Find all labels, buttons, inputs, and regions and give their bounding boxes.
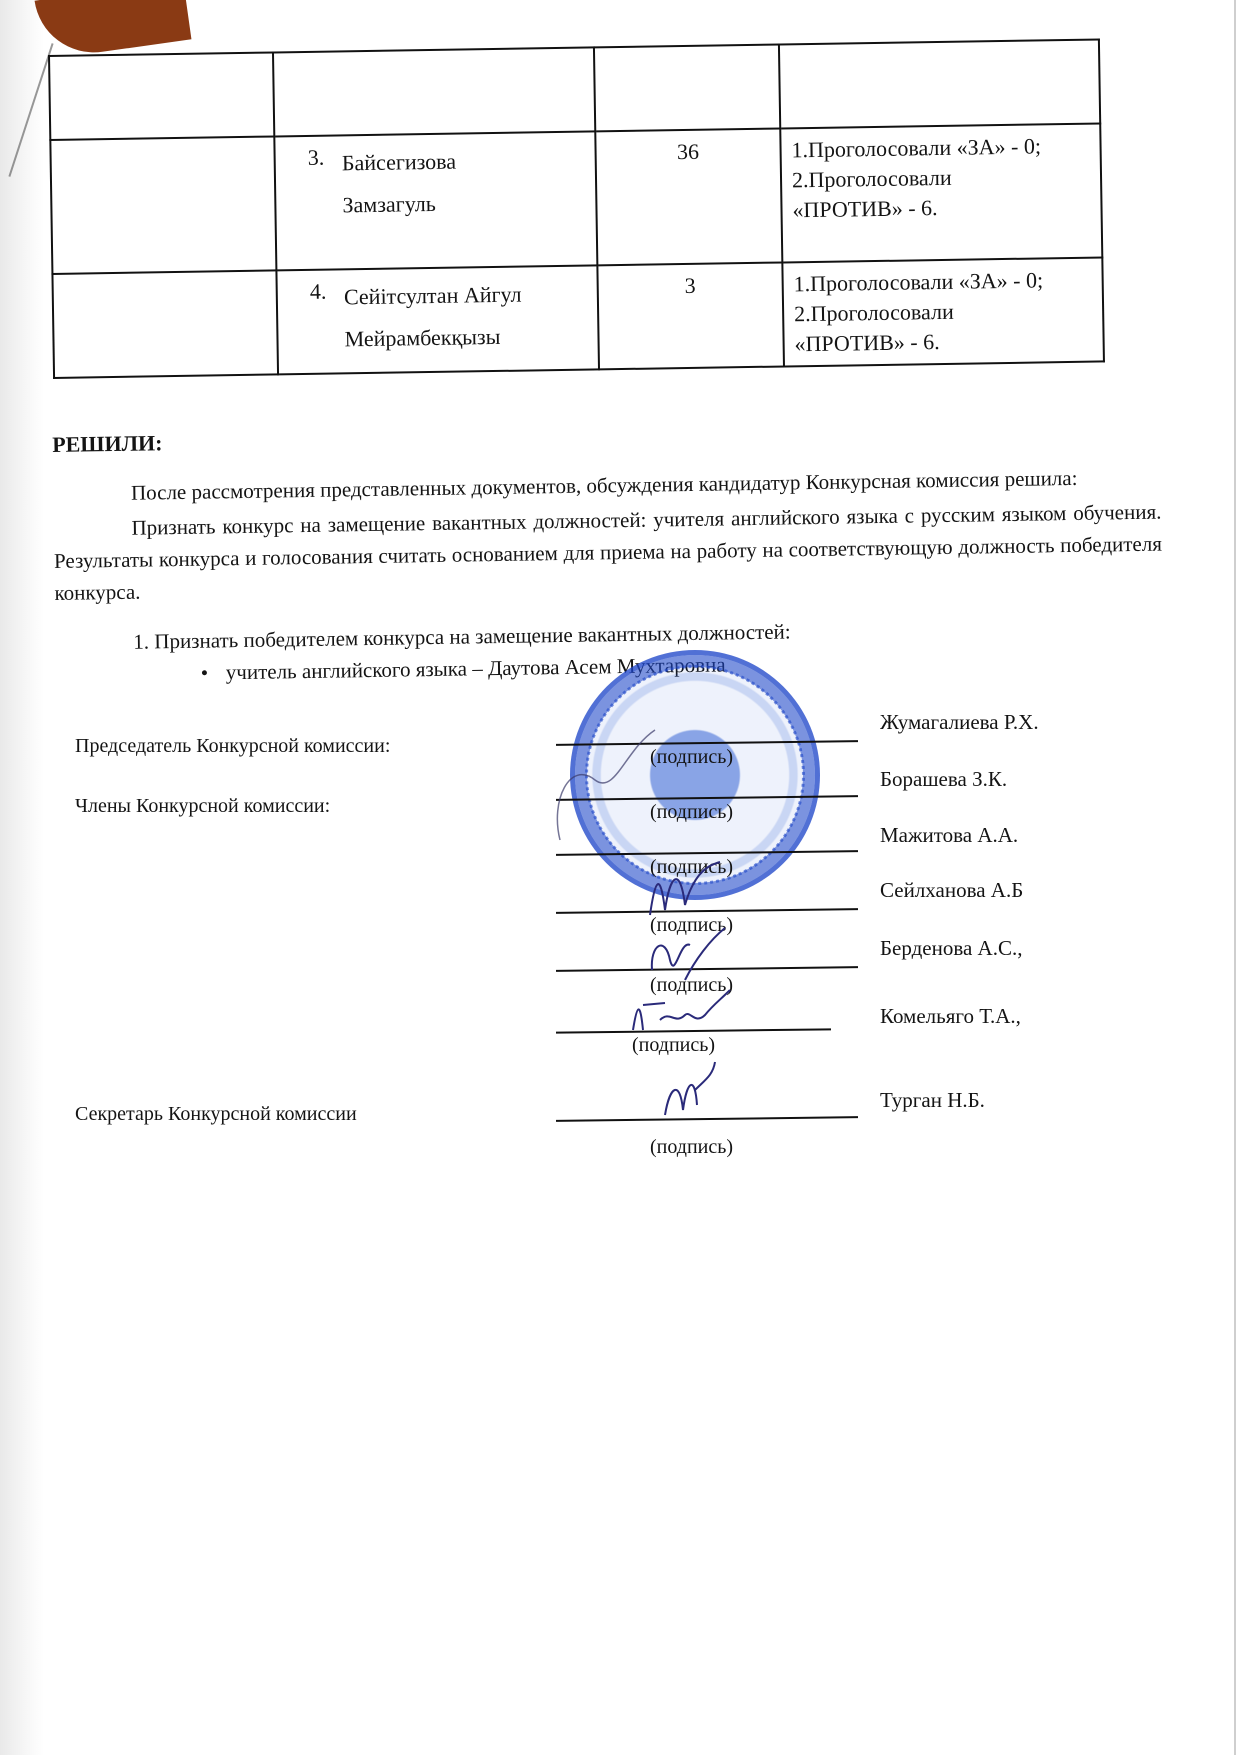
- table-row: [49, 39, 1100, 139]
- vote-cell: 1.Проголосовали «ЗА» - 0; 2.Проголосовал…: [782, 257, 1104, 366]
- page-right-edge: [1234, 0, 1236, 1755]
- signature-scribble-icon: [655, 1060, 725, 1125]
- candidates-table: 3. Байсегизова Замзагуль 36 1.Проголосов…: [48, 55, 1100, 379]
- member-name: Жумагалиева Р.Х.: [880, 710, 1039, 735]
- member-name: Сейлханова А.Б: [880, 878, 1023, 903]
- signature-scribble-icon: [625, 985, 735, 1040]
- table-cell: [273, 47, 595, 136]
- vote-for: 1.Проголосовали «ЗА» - 0;: [793, 267, 1043, 296]
- score-cell: 36: [595, 129, 782, 266]
- candidate-name-cont: Мейрамбекқызы: [344, 324, 500, 351]
- candidate-name: Байсегизова: [342, 149, 457, 176]
- table-row: 3. Байсегизова Замзагуль 36 1.Проголосов…: [50, 123, 1102, 273]
- candidate-number: 4.: [310, 277, 331, 361]
- vote-cell: 1.Проголосовали «ЗА» - 0; 2.Проголосовал…: [780, 123, 1102, 262]
- table-cell: [52, 270, 278, 378]
- signature-caption: (подпись): [650, 1136, 733, 1159]
- candidate-cell: 4. Сейітсултан Айгул Мейрамбекқызы: [277, 265, 599, 374]
- signature-scribble-icon: [640, 860, 730, 920]
- table-cell: [594, 45, 780, 132]
- candidate-name: Сейітсултан Айгул: [344, 282, 522, 310]
- resolved-section: РЕШИЛИ: После рассмотрения представленны…: [52, 415, 1164, 691]
- member-name: Борашева З.К.: [880, 767, 1007, 792]
- resolved-heading: РЕШИЛИ:: [52, 415, 1160, 458]
- member-name: Турган Н.Б.: [880, 1088, 985, 1113]
- table-cell: [49, 52, 274, 140]
- signature-scribble-icon: [545, 720, 665, 850]
- chairman-label: Председатель Конкурсной комиссии:: [75, 735, 390, 758]
- table-row: 4. Сейітсултан Айгул Мейрамбекқызы 3 1.П…: [52, 257, 1104, 377]
- table-cell: [50, 136, 276, 274]
- signature-scribble-icon: [640, 920, 730, 990]
- vote-against: «ПРОТИВ» - 6.: [792, 195, 937, 222]
- member-name: Мажитова А.А.: [880, 823, 1018, 848]
- candidate-name-cont: Замзагуль: [342, 191, 436, 217]
- member-name: Берденова А.С.,: [880, 936, 1022, 961]
- page-left-shadow: [0, 0, 44, 1755]
- signature-line: [556, 850, 858, 856]
- table-cell: [779, 39, 1100, 128]
- vote-against: «ПРОТИВ» - 6.: [794, 329, 939, 356]
- score-cell: 3: [597, 262, 784, 369]
- member-name: Комельяго Т.А.,: [880, 1004, 1021, 1029]
- vote-for: 1.Проголосовали «ЗА» - 0;: [791, 133, 1041, 162]
- secretary-label: Секретарь Конкурсной комиссии: [75, 1103, 357, 1126]
- page-curl: [35, 0, 192, 60]
- resolved-paragraph-2: Признать конкурс на замещение вакантных …: [53, 496, 1162, 609]
- candidate-number: 3.: [308, 143, 329, 227]
- candidate-cell: 3. Байсегизова Замзагуль: [274, 131, 597, 270]
- members-label: Члены Конкурсной комиссии:: [75, 795, 330, 818]
- decision-list: 1. Признать победителем конкурса на заме…: [55, 610, 1164, 691]
- vote-against-label: 2.Проголосовали: [794, 299, 954, 327]
- vote-against-label: 2.Проголосовали: [792, 165, 952, 193]
